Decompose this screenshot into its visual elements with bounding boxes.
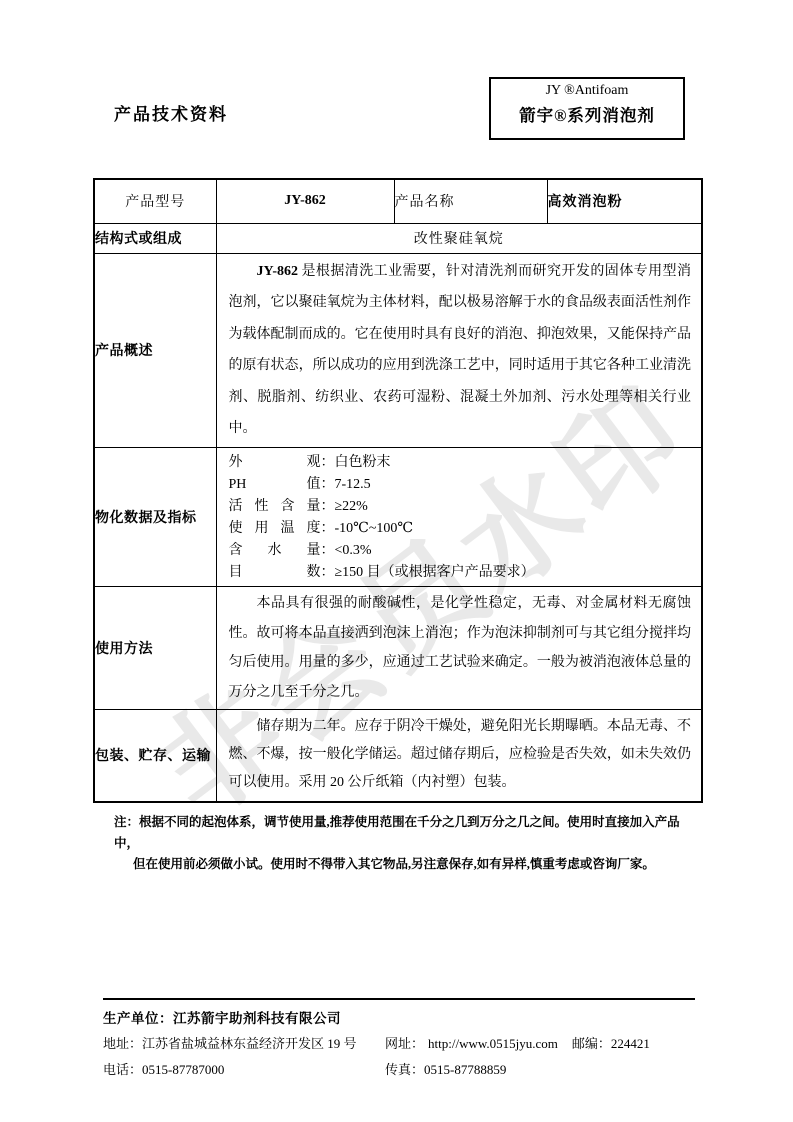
product-model-value: JY-862 bbox=[216, 179, 394, 223]
phone-value: 0515-87787000 bbox=[142, 1062, 224, 1077]
usage-cell: 本品具有很强的耐酸碱性，是化学性稳定，无毒、对金属材料无腐蚀性。故可将本品直接洒… bbox=[216, 587, 702, 710]
address-value: 江苏省盐城益林东益经济开发区 19 号 bbox=[142, 1036, 357, 1051]
properties-list: 外观：白色粉末 PH值：7-12.5 活性含量：≥22% 使用温度：-10℃~1… bbox=[217, 448, 702, 586]
footer-divider bbox=[103, 998, 695, 1000]
brand-box: JY ®Antifoam 箭宇®系列消泡剂 bbox=[489, 77, 685, 140]
producer-line: 生产单位：江苏箭宇助剂科技有限公司 bbox=[103, 1007, 695, 1027]
note-line-1: 注：根据不同的起泡体系，调节使用量,推荐使用范围在千分之几到万分之几之间。使用时… bbox=[114, 812, 692, 854]
table-row-composition: 结构式或组成 改性聚硅氧烷 bbox=[94, 223, 702, 253]
fax-line: 传真：0515-87788859 bbox=[385, 1061, 506, 1079]
packaging-label: 包装、贮存、运输 bbox=[94, 710, 216, 802]
phone-line: 电话：0515-87787000 bbox=[103, 1061, 385, 1079]
property-active-content: 活性含量：≥22% bbox=[229, 496, 692, 518]
overview-label: 产品概述 bbox=[94, 253, 216, 448]
footer-address-row: 地址：江苏省盐城益林东益经济开发区 19 号 网址：http://www.051… bbox=[103, 1035, 695, 1053]
composition-label: 结构式或组成 bbox=[94, 223, 216, 253]
table-row-properties: 物化数据及指标 外观：白色粉末 PH值：7-12.5 活性含量：≥22% 使用温… bbox=[94, 448, 702, 587]
overview-cell: JY-862是根据清洗工业需要，针对清洗剂而研究开发的固体专用型消泡剂，它以聚硅… bbox=[216, 253, 702, 448]
packaging-paragraph: 储存期为二年。应存于阴冷干燥处，避免阳光长期曝晒。本品无毒、不燃、不爆，按一般化… bbox=[217, 711, 702, 799]
overview-paragraph: JY-862是根据清洗工业需要，针对清洗剂而研究开发的固体专用型消泡剂，它以聚硅… bbox=[217, 254, 702, 448]
property-use-temperature: 使用温度：-10℃~100℃ bbox=[229, 518, 692, 540]
overview-text: 是根据清洗工业需要，针对清洗剂而研究开发的固体专用型消泡剂，它以聚硅氧烷为主体材… bbox=[229, 264, 692, 437]
usage-note: 注：根据不同的起泡体系，调节使用量,推荐使用范围在千分之几到万分之几之间。使用时… bbox=[114, 812, 692, 875]
brand-name-english: JY ®Antifoam bbox=[491, 83, 683, 99]
overview-lead: JY-862 bbox=[257, 264, 299, 279]
product-model-label: 产品型号 bbox=[94, 179, 216, 223]
property-mesh: 目数：≥150 目（或根据客户产品要求） bbox=[229, 562, 692, 584]
brand-name-chinese: 箭宇®系列消泡剂 bbox=[491, 102, 683, 126]
table-row-usage: 使用方法 本品具有很强的耐酸碱性，是化学性稳定，无毒、对金属材料无腐蚀性。故可将… bbox=[94, 587, 702, 710]
note-prefix: 注： bbox=[114, 815, 139, 829]
product-name-label: 产品名称 bbox=[394, 179, 547, 223]
property-appearance: 外观：白色粉末 bbox=[229, 452, 692, 474]
product-spec-table: 产品型号 JY-862 产品名称 高效消泡粉 结构式或组成 改性聚硅氧烷 产品概… bbox=[93, 178, 703, 803]
usage-label: 使用方法 bbox=[94, 587, 216, 710]
website-url: http://www.0515jyu.com bbox=[428, 1036, 558, 1051]
footer-phone-row: 电话：0515-87787000 传真：0515-87788859 bbox=[103, 1061, 695, 1079]
website-line: 网址：http://www.0515jyu.com邮编：224421 bbox=[385, 1035, 650, 1053]
usage-paragraph: 本品具有很强的耐酸碱性，是化学性稳定，无毒、对金属材料无腐蚀性。故可将本品直接洒… bbox=[217, 587, 702, 709]
table-row-overview: 产品概述 JY-862是根据清洗工业需要，针对清洗剂而研究开发的固体专用型消泡剂… bbox=[94, 253, 702, 448]
composition-value: 改性聚硅氧烷 bbox=[216, 223, 702, 253]
address-line: 地址：江苏省盐城益林东益经济开发区 19 号 bbox=[103, 1035, 385, 1053]
table-row-packaging: 包装、贮存、运输 储存期为二年。应存于阴冷干燥处，避免阳光长期曝晒。本品无毒、不… bbox=[94, 710, 702, 802]
note-line-2: 但在使用前必须做小试。使用时不得带入其它物品,另注意保存,如有异样,慎重考虑或咨… bbox=[114, 854, 692, 875]
document-page: 非会员水印 产品技术资料 JY ®Antifoam 箭宇®系列消泡剂 产品型号 … bbox=[0, 0, 793, 1122]
properties-label: 物化数据及指标 bbox=[94, 448, 216, 587]
product-name-value: 高效消泡粉 bbox=[547, 179, 702, 223]
packaging-cell: 储存期为二年。应存于阴冷干燥处，避免阳光长期曝晒。本品无毒、不燃、不爆，按一般化… bbox=[216, 710, 702, 802]
fax-value: 0515-87788859 bbox=[424, 1062, 506, 1077]
table-row-header: 产品型号 JY-862 产品名称 高效消泡粉 bbox=[94, 179, 702, 223]
property-water-content: 含水量：<0.3% bbox=[229, 540, 692, 562]
properties-cell: 外观：白色粉末 PH值：7-12.5 活性含量：≥22% 使用温度：-10℃~1… bbox=[216, 448, 702, 587]
zip-value: 224421 bbox=[611, 1036, 650, 1051]
property-ph: PH值：7-12.5 bbox=[229, 474, 692, 496]
footer: 生产单位：江苏箭宇助剂科技有限公司 地址：江苏省盐城益林东益经济开发区 19 号… bbox=[103, 998, 695, 1079]
page-title: 产品技术资料 bbox=[114, 100, 228, 125]
